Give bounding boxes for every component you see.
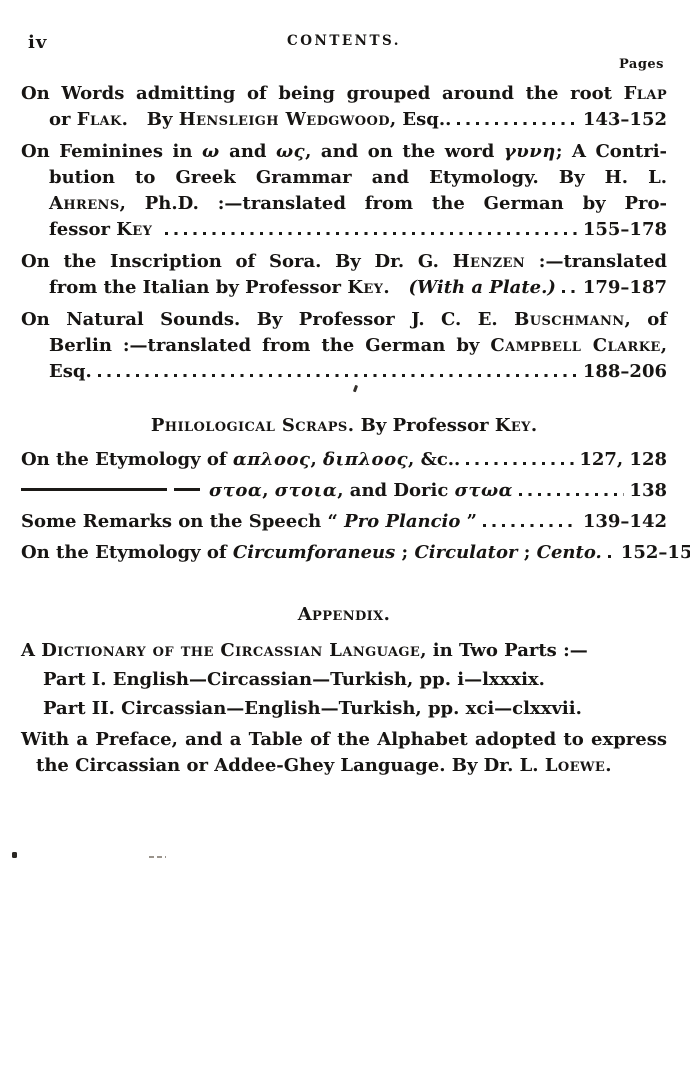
text-segment: .	[383, 277, 408, 298]
text-segment: , and Doric	[337, 480, 454, 501]
scan-artifact	[12, 852, 17, 858]
toc-line: On the Inscription of Sora. By Dr. G. He…	[21, 249, 667, 275]
text-segment: , &c..	[408, 449, 460, 470]
scrap-row: Some Remarks on the Speech “ Pro Plancio…	[21, 509, 667, 535]
text-segment: Some Remarks on the Speech “	[21, 511, 344, 532]
toc-line: On Words admitting of being grouped arou…	[21, 81, 667, 107]
text-segment: A	[21, 640, 41, 661]
text-segment: Campbell Clarke	[490, 335, 660, 356]
text-segment: Ahrens	[49, 193, 120, 214]
text-segment: ”	[460, 511, 477, 532]
scan-artifact	[149, 856, 166, 858]
text-segment: στοα	[209, 480, 262, 501]
text-segment: ;	[395, 542, 414, 563]
text-segment: ;	[517, 542, 536, 563]
text-segment: and	[220, 141, 276, 162]
text-segment: ,	[311, 449, 324, 470]
pages-column-label: Pages	[21, 57, 667, 75]
text-segment	[152, 219, 158, 240]
text-segment: ,	[262, 480, 275, 501]
appendix-dictionary-line: A Dictionary of the Circassian Language,…	[21, 638, 667, 664]
toc-line-text: On the Etymology of απλοος, διπλοος, &c.…	[21, 447, 460, 473]
toc-line: fessor Key 155–178	[21, 217, 667, 243]
toc-entry: On Words admitting of being grouped arou…	[21, 81, 667, 133]
text-segment: ως	[276, 141, 305, 162]
text-segment: απλοος	[233, 449, 311, 470]
text-segment: Flap	[624, 83, 667, 104]
text-segment: On the Etymology of	[21, 542, 233, 563]
page-number: 188–206	[583, 359, 667, 385]
page-number: 138	[629, 478, 667, 504]
toc-line-text: Some Remarks on the Speech “ Pro Plancio…	[21, 509, 477, 535]
text-segment: Berlin :—translated from the German by	[49, 335, 490, 356]
text-segment: . By	[122, 109, 179, 130]
toc-line: Ahrens, Ph.D. :—translated from the Germ…	[21, 191, 667, 217]
text-segment: Circumforaneus	[233, 542, 395, 563]
text-segment: , Esq..	[390, 109, 452, 130]
text-segment: from the Italian by Professor	[49, 277, 347, 298]
text-segment: ; A Contri-	[556, 141, 667, 162]
page-number: 127, 128	[579, 447, 667, 473]
book-page: iv CONTENTS. Pages On Words admitting of…	[0, 0, 690, 1086]
text-segment: On Natural Sounds. By Professor J. C. E.	[21, 309, 514, 330]
text-segment: Key	[347, 277, 383, 298]
appendix-preface: With a Preface, and a Table of the Alpha…	[21, 727, 667, 779]
page-number: 179–187	[583, 275, 667, 301]
text-segment: , in Two Parts :—	[420, 640, 587, 661]
ditto-rule	[21, 488, 209, 491]
toc-line-text: fessor Key	[49, 217, 159, 243]
toc-entry: On Natural Sounds. By Professor J. C. E.…	[21, 307, 667, 385]
toc-line-text: On the Etymology of Circumforaneus ; Cir…	[21, 540, 602, 566]
page-number: 155–178	[583, 217, 667, 243]
running-title: CONTENTS.	[21, 33, 667, 49]
text-segment: .	[531, 415, 537, 436]
text-segment: Dictionary of the Circassian Language	[41, 640, 420, 661]
text-segment: Hensleigh Wedgwood	[179, 109, 390, 130]
toc-line: Berlin :—translated from the German by C…	[21, 333, 667, 359]
scrap-row: On the Etymology of απλοος, διπλοος, &c.…	[21, 447, 667, 473]
text-segment: στοια	[275, 480, 337, 501]
text-segment: (With a Plate.)	[408, 277, 555, 298]
dot-leader	[165, 232, 578, 235]
toc-line-text: or Flak. By Hensleigh Wedgwood, Esq..	[49, 107, 451, 133]
section-heading-philological-scraps: Philological Scraps. By Professor Key.	[21, 413, 667, 439]
preface-line: With a Preface, and a Table of the Alpha…	[21, 727, 667, 753]
text-segment: ω	[202, 141, 220, 162]
text-segment: Loewe	[545, 755, 605, 776]
dot-leader	[457, 122, 577, 125]
text-segment: Key	[116, 219, 152, 240]
toc-entry: On the Inscription of Sora. By Dr. G. He…	[21, 249, 667, 301]
dot-leader	[483, 524, 578, 527]
page-number: 152–154	[621, 540, 690, 566]
toc-entry: On Feminines in ω and ως, and on the wor…	[21, 139, 667, 243]
toc-line: Esq. 188–206	[21, 359, 667, 385]
text-segment: bution to Greek Grammar and Etymology. B…	[49, 167, 667, 188]
text-segment: the Circassian or Addee-Ghey Language. B…	[36, 755, 545, 776]
text-segment: fessor	[49, 219, 116, 240]
text-segment: Appendix.	[298, 604, 391, 625]
scan-artifact	[353, 385, 358, 392]
text-segment: , Ph.D. :—translated from the German by …	[120, 193, 667, 214]
text-segment: Part I. English—Circassian—Turkish, pp. …	[43, 669, 545, 690]
text-segment: With a Preface, and a Table of the Alpha…	[21, 729, 667, 750]
text-segment: Circulator	[414, 542, 517, 563]
page-header: iv CONTENTS.	[21, 30, 667, 54]
text-segment: , and on the word	[305, 141, 504, 162]
toc-line: bution to Greek Grammar and Etymology. B…	[21, 165, 667, 191]
text-segment: Flak	[77, 109, 122, 130]
text-segment: By Professor	[354, 415, 494, 436]
text-segment: διπλοος	[323, 449, 408, 470]
text-segment: στωα	[455, 480, 513, 501]
dot-leader	[519, 493, 624, 496]
scrap-row: στοα, στοια, and Doric στωα 138	[21, 478, 667, 504]
toc-line-text: στοα, στοια, and Doric στωα	[209, 478, 513, 504]
scraps-list: On the Etymology of απλοος, διπλοος, &c.…	[21, 447, 667, 566]
text-segment: Cento.	[537, 542, 602, 563]
text-segment: Henzen	[453, 251, 525, 272]
text-segment: :—translated	[525, 251, 667, 272]
scrap-row: On the Etymology of Circumforaneus ; Cir…	[21, 540, 667, 566]
toc-line: On Natural Sounds. By Professor J. C. E.…	[21, 307, 667, 333]
text-segment: Buschmann	[514, 309, 624, 330]
appendix-part-line: Part II. Circassian—English—Turkish, pp.…	[21, 696, 667, 722]
toc-line: On Feminines in ω and ως, and on the wor…	[21, 139, 667, 165]
dot-leader	[562, 290, 578, 293]
toc-line-text: from the Italian by Professor Key. (With…	[49, 275, 556, 301]
text-segment: Key	[495, 415, 531, 436]
text-segment: Part II. Circassian—English—Turkish, pp.…	[43, 698, 582, 719]
toc-line: or Flak. By Hensleigh Wedgwood, Esq.. 14…	[21, 107, 667, 133]
text-segment: On the Inscription of Sora. By Dr. G.	[21, 251, 453, 272]
text-segment: , of	[625, 309, 667, 330]
text-segment: ,	[661, 335, 667, 356]
page-number: 143–152	[583, 107, 667, 133]
text-segment: On Feminines in	[21, 141, 202, 162]
text-segment: or	[49, 109, 77, 130]
dot-leader	[98, 374, 578, 377]
appendix-heading: Appendix.	[21, 602, 667, 628]
text-segment: Philological Scraps.	[151, 415, 355, 436]
text-segment: On Words admitting of being grouped arou…	[21, 83, 624, 104]
toc-line: from the Italian by Professor Key. (With…	[21, 275, 667, 301]
preface-line: the Circassian or Addee-Ghey Language. B…	[21, 753, 667, 779]
text-segment: Esq.	[49, 361, 92, 382]
page-number: 139–142	[583, 509, 667, 535]
text-segment: γυνη	[504, 141, 556, 162]
text-segment: On the Etymology of	[21, 449, 233, 470]
dot-leader	[608, 555, 616, 558]
toc-line-text: Esq.	[49, 359, 92, 385]
text-segment: .	[605, 755, 611, 776]
appendix-part-line: Part I. English—Circassian—Turkish, pp. …	[21, 667, 667, 693]
text-segment: Pro Plancio	[344, 511, 460, 532]
dot-leader	[466, 462, 574, 465]
